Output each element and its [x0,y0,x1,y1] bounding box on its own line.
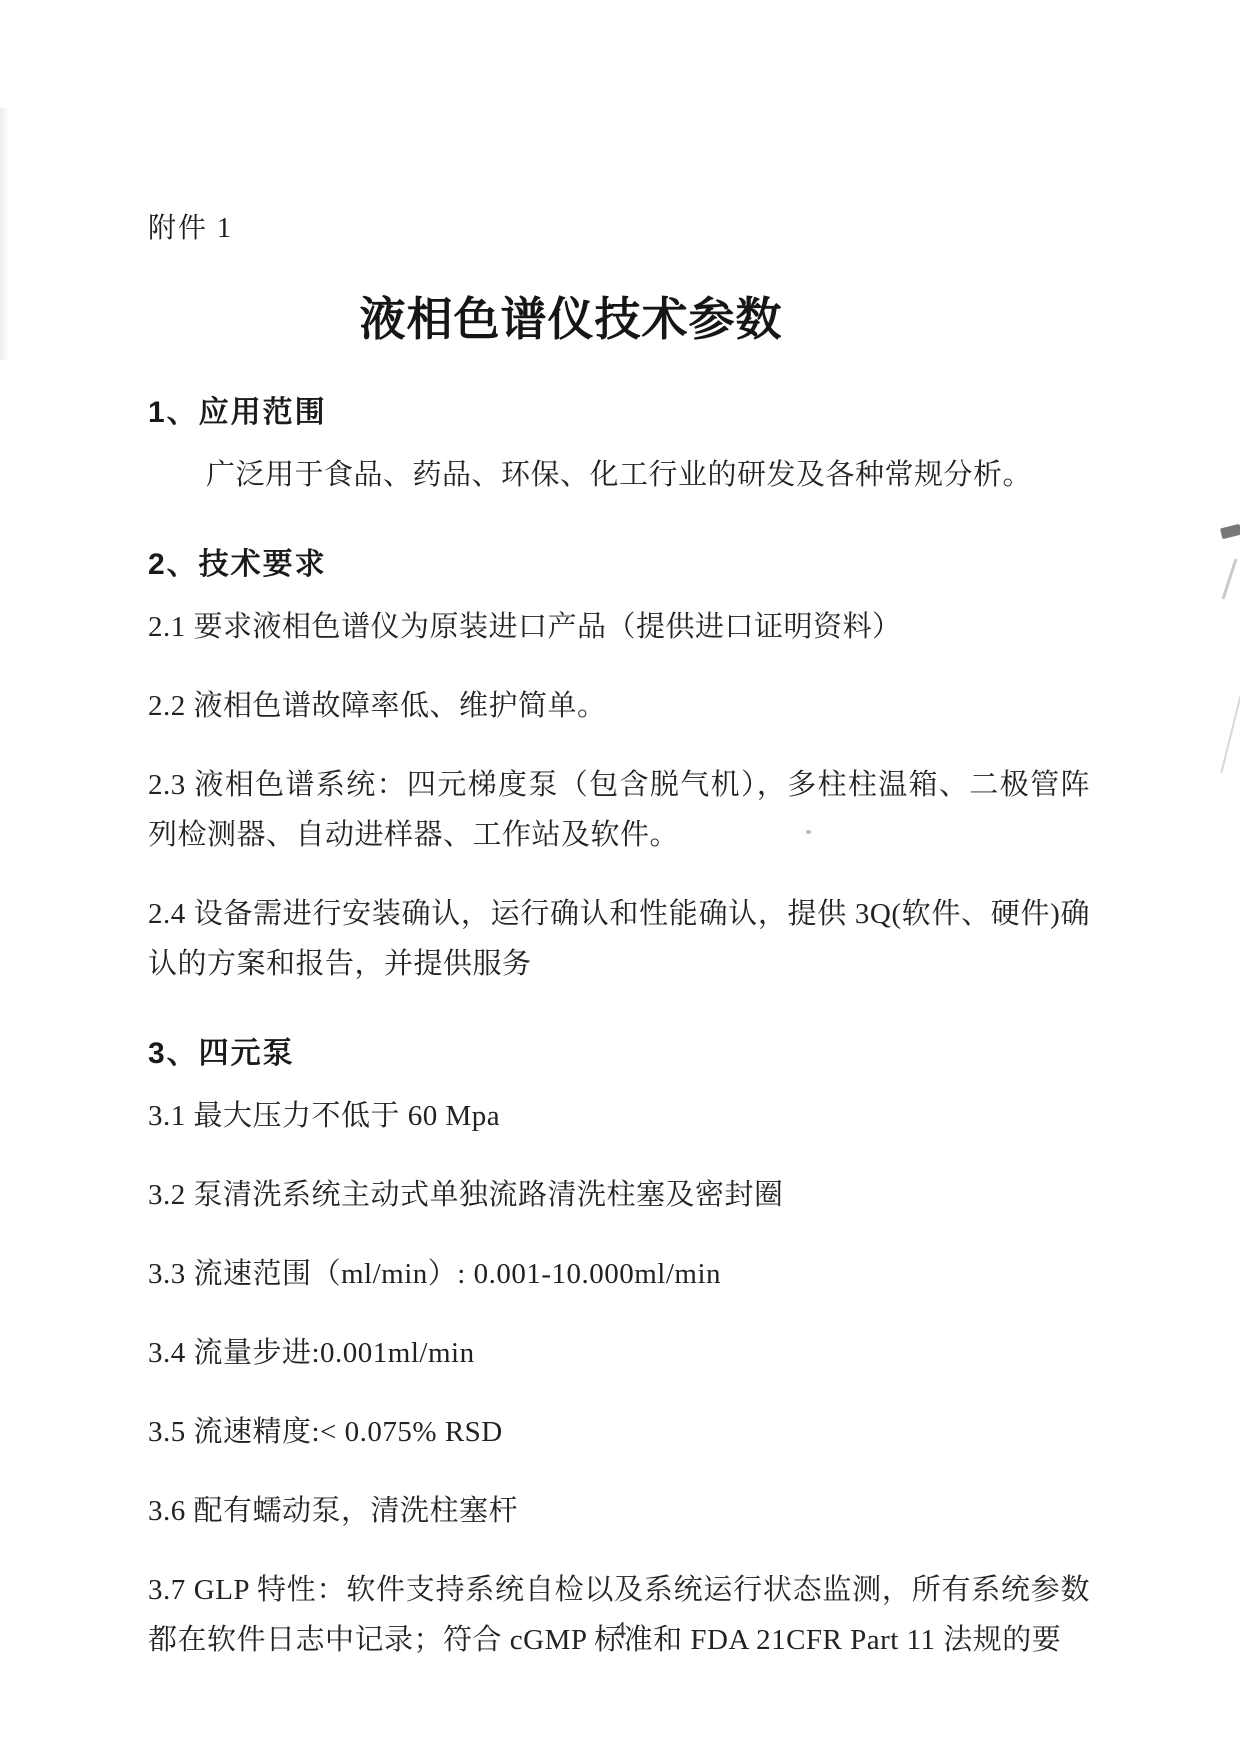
section-1-paragraph: 广泛用于食品、药品、环保、化工行业的研发及各种常规分析。 [148,450,1090,500]
scan-edge-artifact [0,108,9,360]
spec-item-2-4: 2.4 设备需进行安装确认，运行确认和性能确认，提供 3Q(软件、硬件)确认的方… [148,889,1090,989]
spec-item-3-6: 3.6 配有蠕动泵，清洗柱塞杆 [148,1486,1090,1536]
spec-item-2-3: 2.3 液相色谱系统：四元梯度泵（包含脱气机），多柱柱温箱、二极管阵列检测器、自… [148,760,1090,860]
spec-item-3-1: 3.1 最大压力不低于 60 Mpa [148,1091,1090,1141]
spec-item-3-7: 3.7 GLP 特性：软件支持系统自检以及系统运行状态监测，所有系统参数都在软件… [148,1565,1090,1665]
document-content: 附件 1 液相色谱仪技术参数 1、应用范围 广泛用于食品、药品、环保、化工行业的… [0,0,1240,1665]
document-title: 液相色谱仪技术参数 [148,292,994,348]
spec-item-2-1: 2.1 要求液相色谱仪为原装进口产品（提供进口证明资料） [148,602,1090,652]
scan-speck-artifact [806,830,811,834]
spec-item-2-2: 2.2 液相色谱故障率低、维护简单。 [148,681,1090,731]
spec-item-3-4: 3.4 流量步进:0.001ml/min [148,1328,1090,1378]
section-3-heading: 3、四元泵 [148,1029,1090,1079]
page-number: 4 [0,1618,1240,1645]
attachment-label: 附件 1 [148,212,1090,246]
spec-item-3-2: 3.2 泵清洗系统主动式单独流路清洗柱塞及密封圈 [148,1170,1090,1220]
spec-item-3-3: 3.3 流速范围（ml/min）: 0.001-10.000ml/min [148,1249,1090,1299]
section-1-heading: 1、应用范围 [148,388,1090,438]
spec-item-3-5: 3.5 流速精度:< 0.075% RSD [148,1407,1090,1457]
document-page: 附件 1 液相色谱仪技术参数 1、应用范围 广泛用于食品、药品、环保、化工行业的… [0,0,1240,1754]
section-2-heading: 2、技术要求 [148,540,1090,590]
